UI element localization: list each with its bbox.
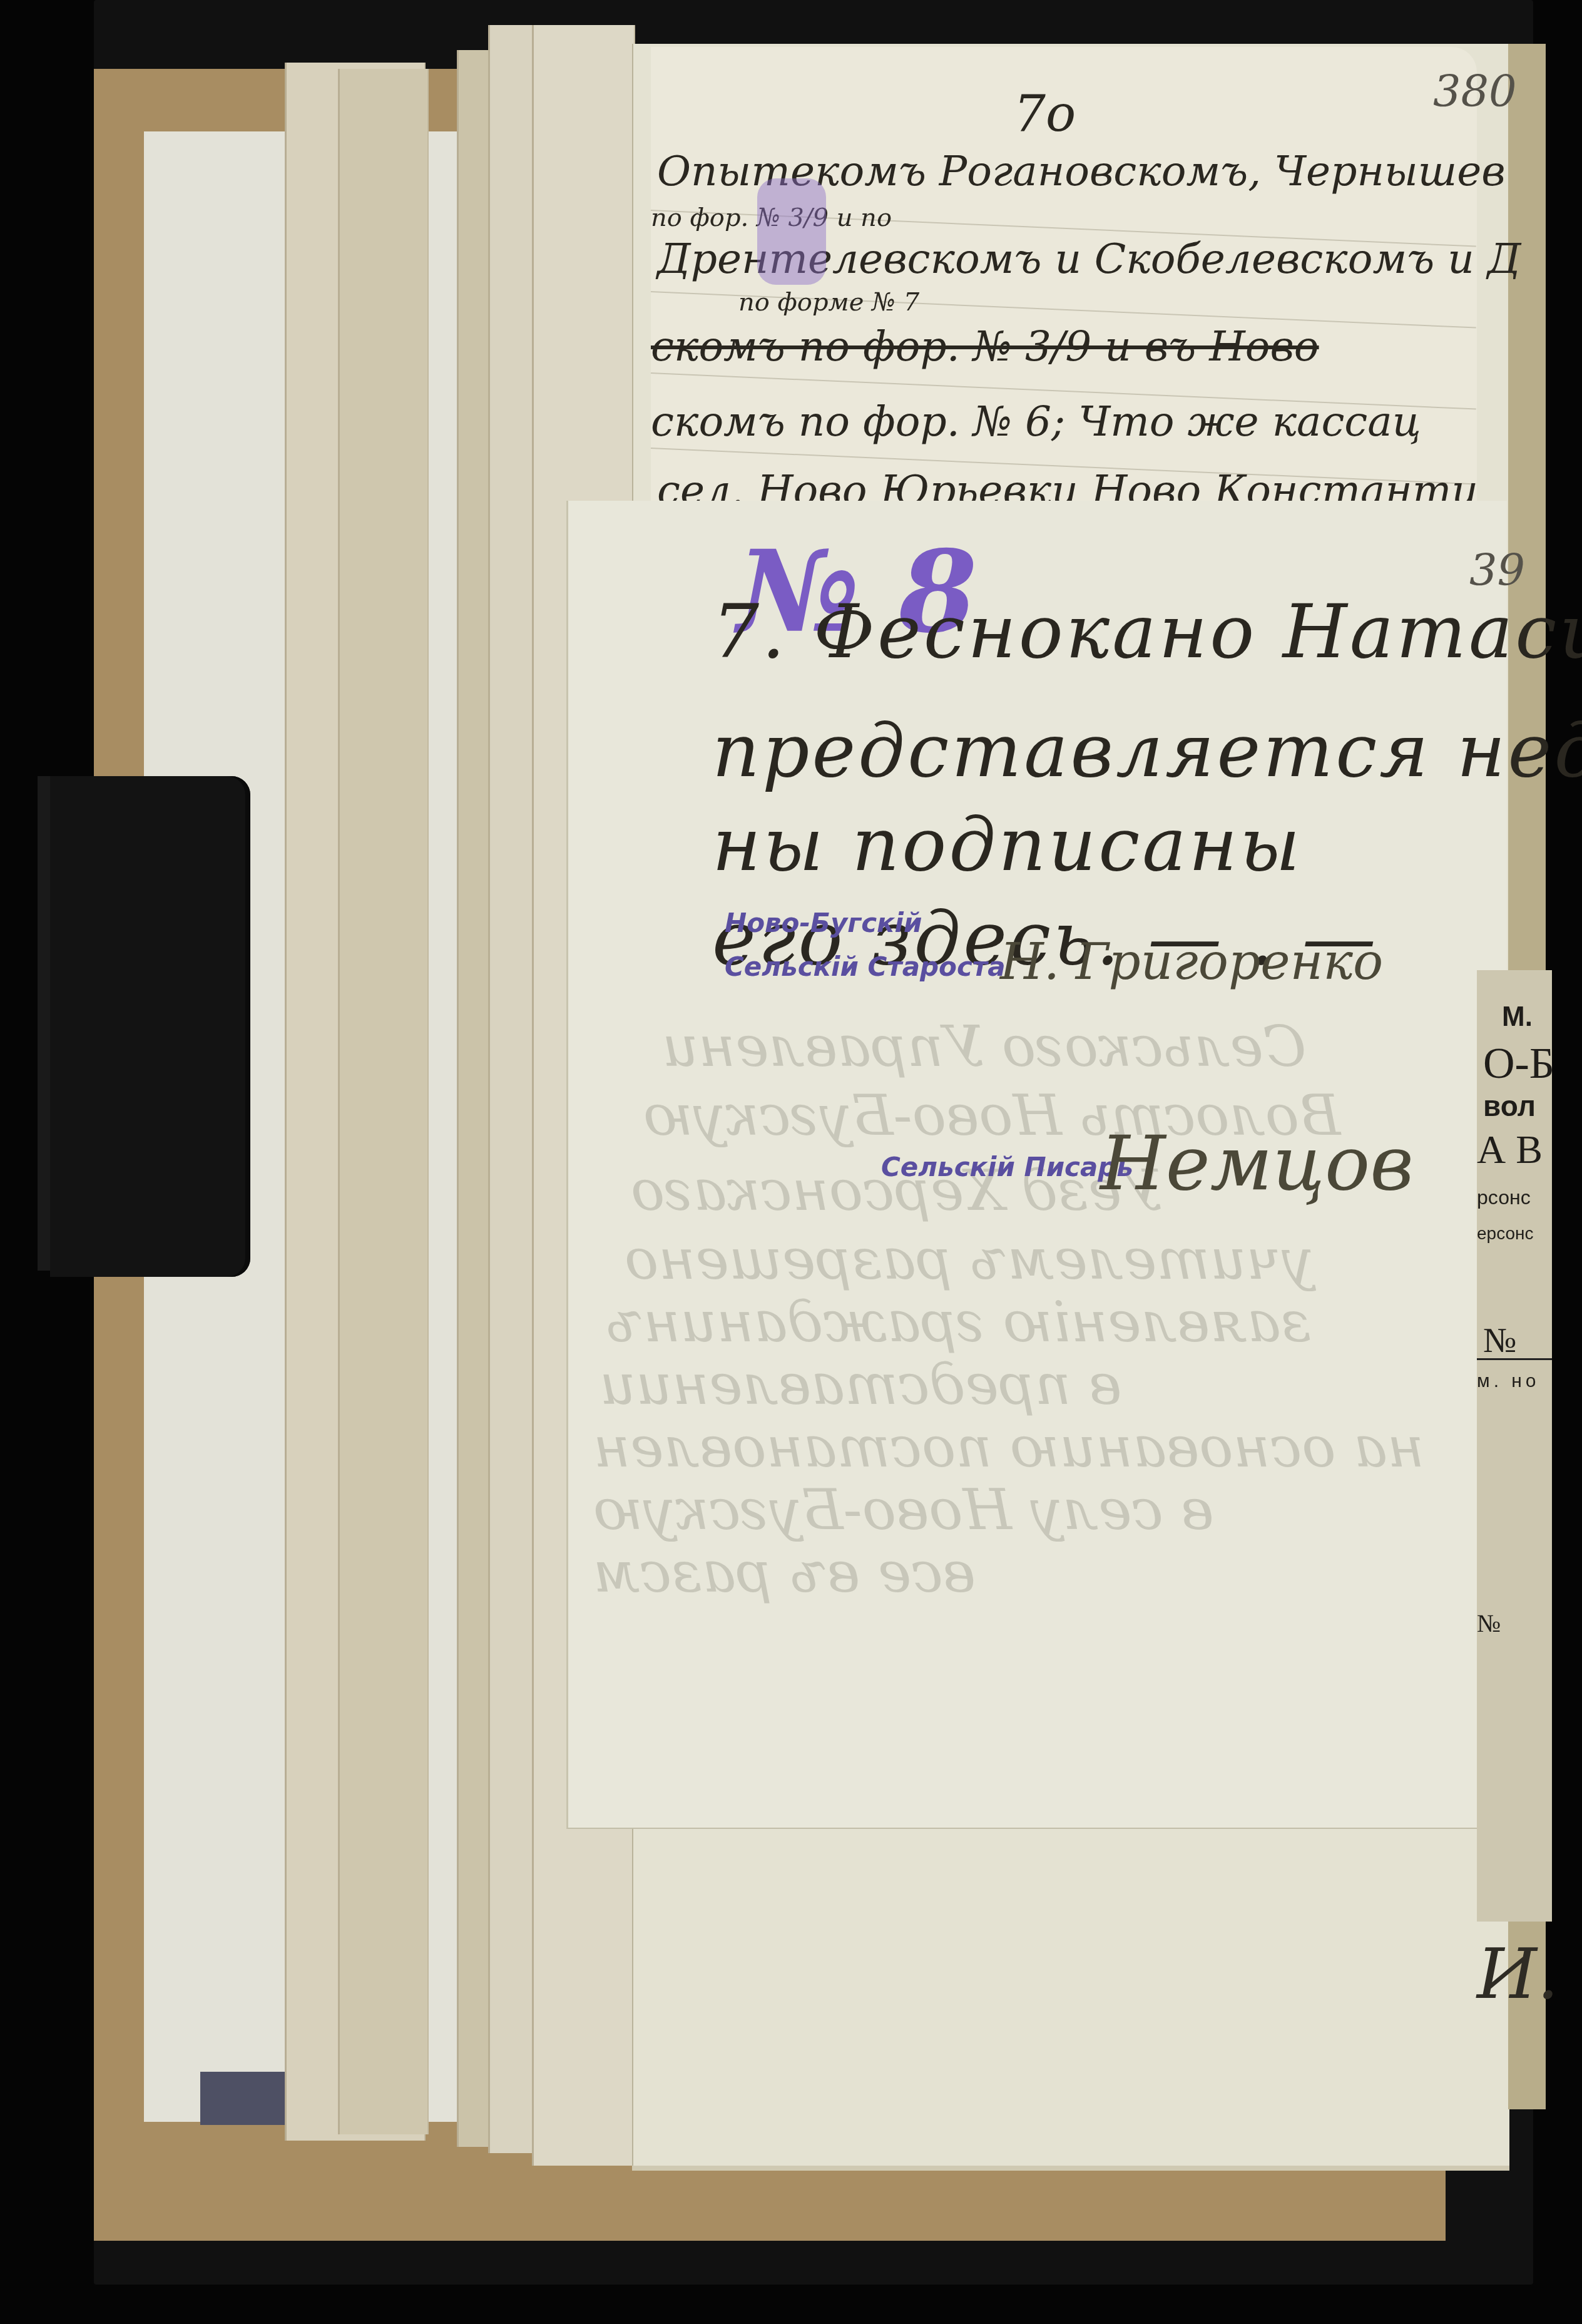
violet-ink-smudge xyxy=(757,178,826,285)
clerk-signature: Немцов xyxy=(1100,1120,1414,1207)
printed-fragment: М. xyxy=(1502,1001,1533,1033)
printed-fragment: вол xyxy=(1483,1089,1536,1123)
handwritten-line: ны подписаны xyxy=(712,801,1302,888)
printed-rule xyxy=(1477,1358,1552,1360)
bleed-through-line: в представлении xyxy=(600,1352,1121,1418)
document-sheet-39: 39 Сельского Управлени Волость Ново-Бугс… xyxy=(566,501,1507,1829)
printed-form-strip: М. О-Б вол А В рсонс ерсонс № м. но № xyxy=(1477,970,1552,1922)
bleed-through-line: учителемъ разрешено xyxy=(625,1227,1314,1293)
printed-fragment: рсонс xyxy=(1477,1186,1531,1209)
printed-fragment: А В xyxy=(1477,1127,1543,1173)
black-divider-sleeve xyxy=(50,776,250,1277)
village-stamp: Ново-Бугскій xyxy=(725,908,922,938)
page-number: 380 xyxy=(1433,66,1517,117)
elder-signature: Н. Григоренко xyxy=(1000,933,1383,991)
bleed-through-line: Сельского Управлени xyxy=(662,1014,1307,1080)
handwritten-insert: по форме № 7 xyxy=(738,288,919,317)
paper-strip xyxy=(338,69,429,2134)
handwritten-line: представляется нед xyxy=(712,707,1582,794)
bleed-through-line: заявленію гражданинъ xyxy=(606,1289,1311,1355)
clerk-stamp: Сельскій Писарь xyxy=(881,1152,1133,1182)
handwritten-fragment: И. о xyxy=(1477,1934,1582,2014)
handwritten-line: скомъ по фор. № 3/9 и въ Ново xyxy=(651,322,1319,371)
printed-fragment: № xyxy=(1477,1609,1501,1638)
heading-mark: 7о xyxy=(1014,84,1076,143)
bleed-through-line: на основанию постановлен xyxy=(593,1415,1424,1480)
printed-fragment: О-Б xyxy=(1483,1039,1552,1089)
printed-fragment: м. но xyxy=(1477,1371,1540,1392)
elder-stamp: Сельскій Староста xyxy=(725,951,1006,982)
printed-fragment: ерсонс xyxy=(1477,1224,1534,1244)
bleed-through-line: все въ разсм xyxy=(593,1540,976,1605)
handwritten-line: скомъ по фор. № 6; Что же кассац xyxy=(651,397,1421,446)
printed-fragment: № xyxy=(1483,1321,1516,1361)
bleed-through-line: в селу Ново-Бугскую xyxy=(593,1477,1214,1543)
handwritten-line: 7. Феснокано Натаси xyxy=(712,588,1582,675)
document-sheet-380: 380 7о Опытекомъ Рогановскомъ, Чернышев … xyxy=(651,47,1477,529)
